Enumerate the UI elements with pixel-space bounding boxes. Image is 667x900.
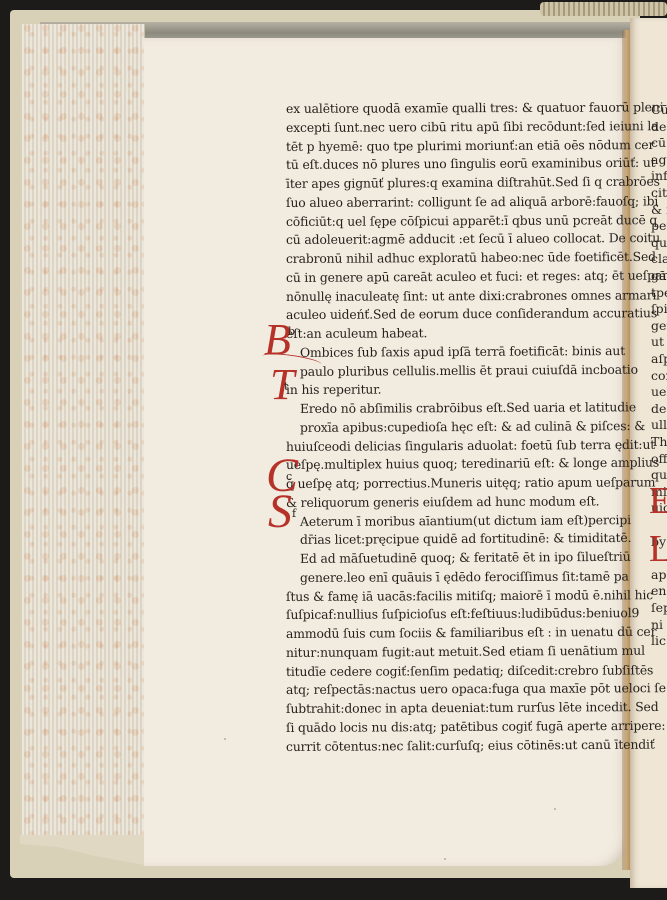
right-page-line-fragment: ſep (651, 602, 667, 615)
text-line: Aeterum ī moribus aīantium(ut dictum iam… (286, 511, 626, 532)
right-page-line-fragment: ap (651, 569, 666, 582)
right-page-line-fragment: aſp (651, 353, 667, 366)
text-line: currit cōtentus:nec ſalit:curſuſq; eius … (286, 735, 626, 756)
text-line: cū in genere apū careāt aculeo et fuci: … (286, 267, 626, 288)
text-line: cū adoleuerit:agmē adducit :et ſecū ī al… (286, 229, 626, 250)
right-page-line-fragment: en (651, 585, 666, 598)
fore-edge (22, 24, 145, 839)
text-line: ſtus & famę iā uacās:facilis mitiſq; mai… (286, 586, 626, 606)
text-line: ſuo alueo aberrarint: colligunt ſe ad al… (286, 192, 626, 212)
text-line: ſuſpicaf:nullius ſuſpicioſus eſt:feſtiuu… (286, 604, 626, 625)
guide-letter-t: t (284, 380, 288, 393)
text-block: ex ualētiore quodā examīe qualli tres: &… (286, 100, 626, 756)
text-line: q̄ ueſpę atq; porrectius.Muneris uitęq; … (286, 474, 626, 494)
text-line: & reliquorum generis eiuſdem ad hunc mod… (286, 492, 626, 512)
guide-letter-c: c (286, 470, 292, 483)
right-page-line-fragment: cor (651, 370, 667, 383)
initial-s: S (268, 488, 292, 536)
text-line: eſt:an aculeum habeat. (286, 323, 626, 344)
initial-t: T (270, 363, 294, 407)
text-line: tū eſt.duces nō plures uno ſingulis eorū… (286, 154, 626, 175)
text-line: Eredo nō abſimilis crabrōibus eſt.Sed ua… (286, 398, 626, 418)
book-photograph: Cūde ccū cagrinfocit:& inperqueclaugā ct… (0, 0, 667, 900)
text-line: ſubtrahit:donec in apta deueniat:tum rur… (286, 698, 626, 719)
text-line: excepti ſunt.nec uero cibū ritu apū ſibi… (286, 117, 626, 137)
text-line: ammodū ſuis cum ſociis & familiaribus eſ… (286, 623, 626, 644)
text-line: in his reperitur. (286, 380, 626, 400)
right-page-line-fragment: ut c (651, 336, 667, 349)
text-line: atq; reſpectās:nactus uero opaca:fuga qu… (286, 680, 626, 700)
text-line: paulo pluribus cellulis.mellis ēt praui … (286, 360, 626, 381)
text-line: nōnullę inaculeatę ſint: ut ante dixi:cr… (286, 286, 626, 306)
text-line: cōficiūt:q uel ſępe cōſpicui apparēt:ī q… (286, 211, 626, 231)
text-line: ueſpę.multiplex huius quoq; teredinariū … (286, 454, 626, 475)
right-page-line-fragment: ullo (651, 419, 667, 432)
text-line: dr̄ias licet:pręcipue quidē ad fortitudi… (286, 529, 626, 550)
text-line: Ombices ſub ſaxis apud ipſā terrā foetif… (286, 342, 626, 363)
text-line: īter apes gignūť plures:q examina diſtra… (286, 173, 626, 194)
right-page-line-fragment: uel (651, 386, 667, 399)
text-line: aculeo uideńť.Sed de eorum duce conſider… (286, 305, 626, 325)
text-line: proxīa apibus:cupedioſa hęc eſt: & ad cu… (286, 417, 626, 438)
right-page-line-fragment: de h (651, 403, 667, 416)
text-line: Ed ad māſuetudinē quoq; & feritatē ēt in… (286, 548, 626, 569)
right-page-line-fragment: gen (651, 320, 667, 333)
text-line: tēt p hyemē: quo tpe plurimi moriunť:an … (286, 136, 626, 157)
text-line: nitur:nunquam fugit:aut metuit.Sed etiam… (286, 642, 626, 663)
guide-letter-b: b (288, 325, 295, 338)
headband (540, 2, 667, 16)
right-page-initial: L (649, 530, 667, 568)
text-line: ex ualētiore quodā examīe qualli tres: &… (286, 99, 626, 119)
text-line: genere.leo enī quāuis ī ędēdo ferociſſim… (286, 567, 626, 587)
text-line: titudīe cedere cogiť:ſenſim pedatiq; diſ… (286, 661, 626, 681)
text-line: huiuſceodi delicias ſingularis aduolat: … (286, 435, 626, 456)
text-line: ſi quādo locis nu dis:atq; patētibus cog… (286, 717, 626, 738)
guide-letter-s: f (292, 507, 296, 520)
text-line: crabronū nihil adhuc exploratū habeo:nec… (286, 248, 626, 269)
